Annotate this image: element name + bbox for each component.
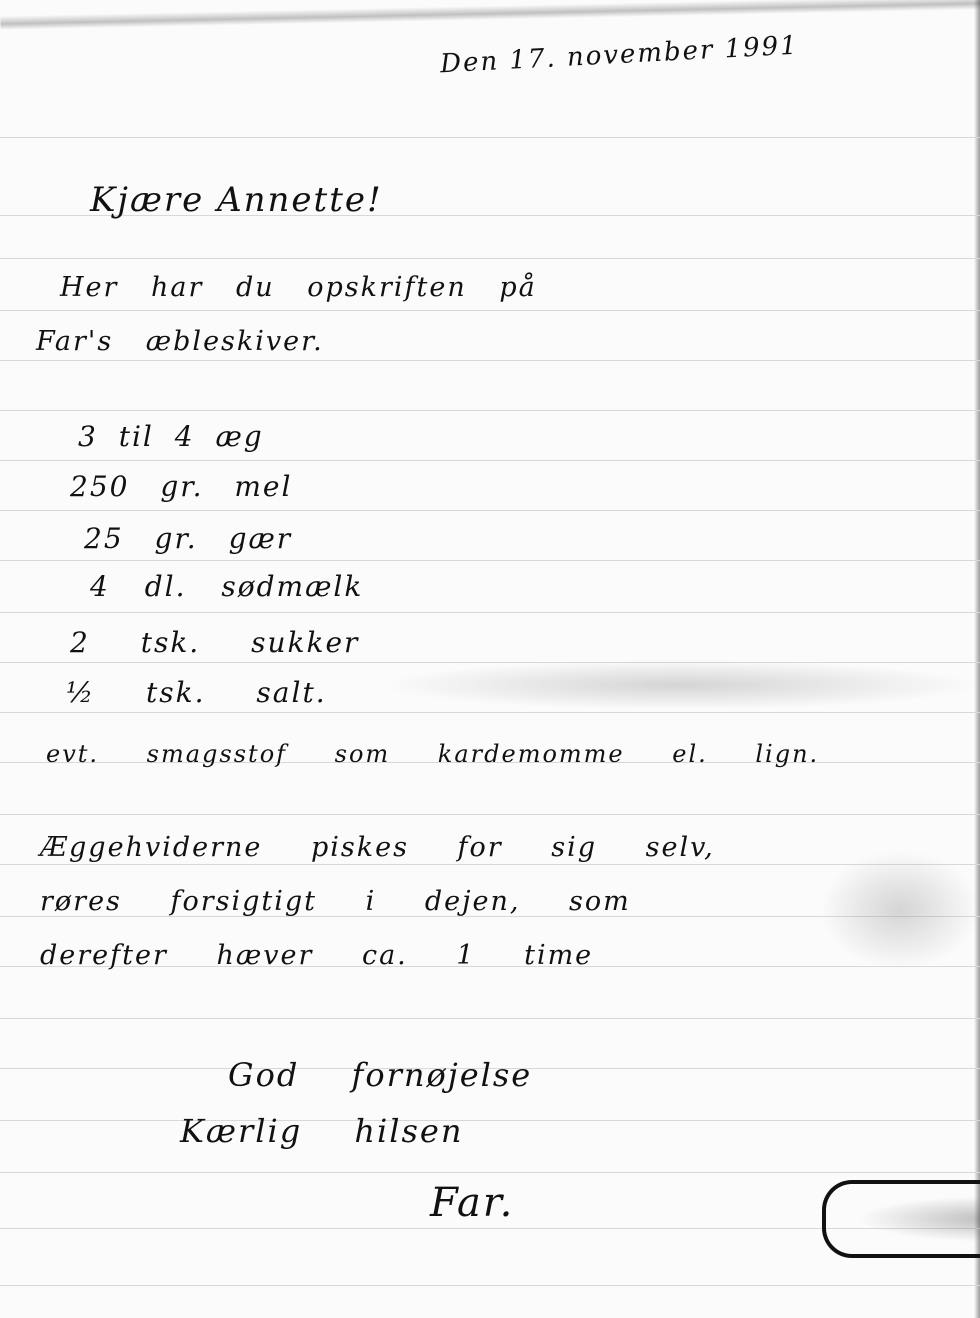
ingredient-item: 2 tsk. sukker (70, 626, 359, 659)
instruction-line: Æggehviderne piskes for sig selv, (40, 832, 715, 863)
ruled-line (0, 1120, 980, 1121)
closing-line: God fornøjelse (228, 1056, 532, 1094)
paperclip-icon (822, 1180, 980, 1258)
ruled-line (0, 560, 980, 561)
ingredient-item: 25 gr. gær (84, 522, 292, 555)
ruled-line (0, 814, 980, 815)
optional-flavoring-line: evt. smagsstof som kardemomme el. lign. (46, 740, 819, 768)
ruled-line (0, 360, 980, 361)
ingredient-item: 4 dl. sødmælk (90, 570, 363, 603)
ruled-line (0, 612, 980, 613)
ruled-line (0, 410, 980, 411)
ingredient-item: ½ tsk. salt. (66, 676, 327, 709)
ruled-line (0, 137, 980, 138)
ruled-line (0, 864, 980, 865)
instruction-line: derefter hæver ca. 1 time (40, 940, 593, 971)
top-edge-smudge (0, 0, 980, 40)
ruled-line (0, 1018, 980, 1019)
ruled-line (0, 310, 980, 311)
ruled-line (0, 1285, 980, 1286)
intro-line: Far's æbleskiver. (36, 326, 324, 357)
intro-line: Her har du opskriften på (60, 272, 537, 303)
ruled-line (0, 1172, 980, 1173)
ingredient-item: 250 gr. mel (70, 470, 292, 503)
ruled-line (0, 712, 980, 713)
letter-paper: Den 17. november 1991 Kjære Annette! Her… (0, 0, 980, 1318)
ruled-line (0, 510, 980, 511)
smudge (820, 850, 980, 970)
letter-date: Den 17. november 1991 (439, 31, 799, 80)
closing-line: Kærlig hilsen (180, 1112, 463, 1150)
ingredient-item: 3 til 4 æg (78, 420, 264, 453)
ruled-line (0, 460, 980, 461)
signature: Far. (430, 1180, 514, 1226)
smudge (380, 660, 980, 710)
ruled-line (0, 258, 980, 259)
greeting: Kjære Annette! (90, 180, 383, 220)
instruction-line: røres forsigtigt i dejen, som (40, 886, 631, 917)
